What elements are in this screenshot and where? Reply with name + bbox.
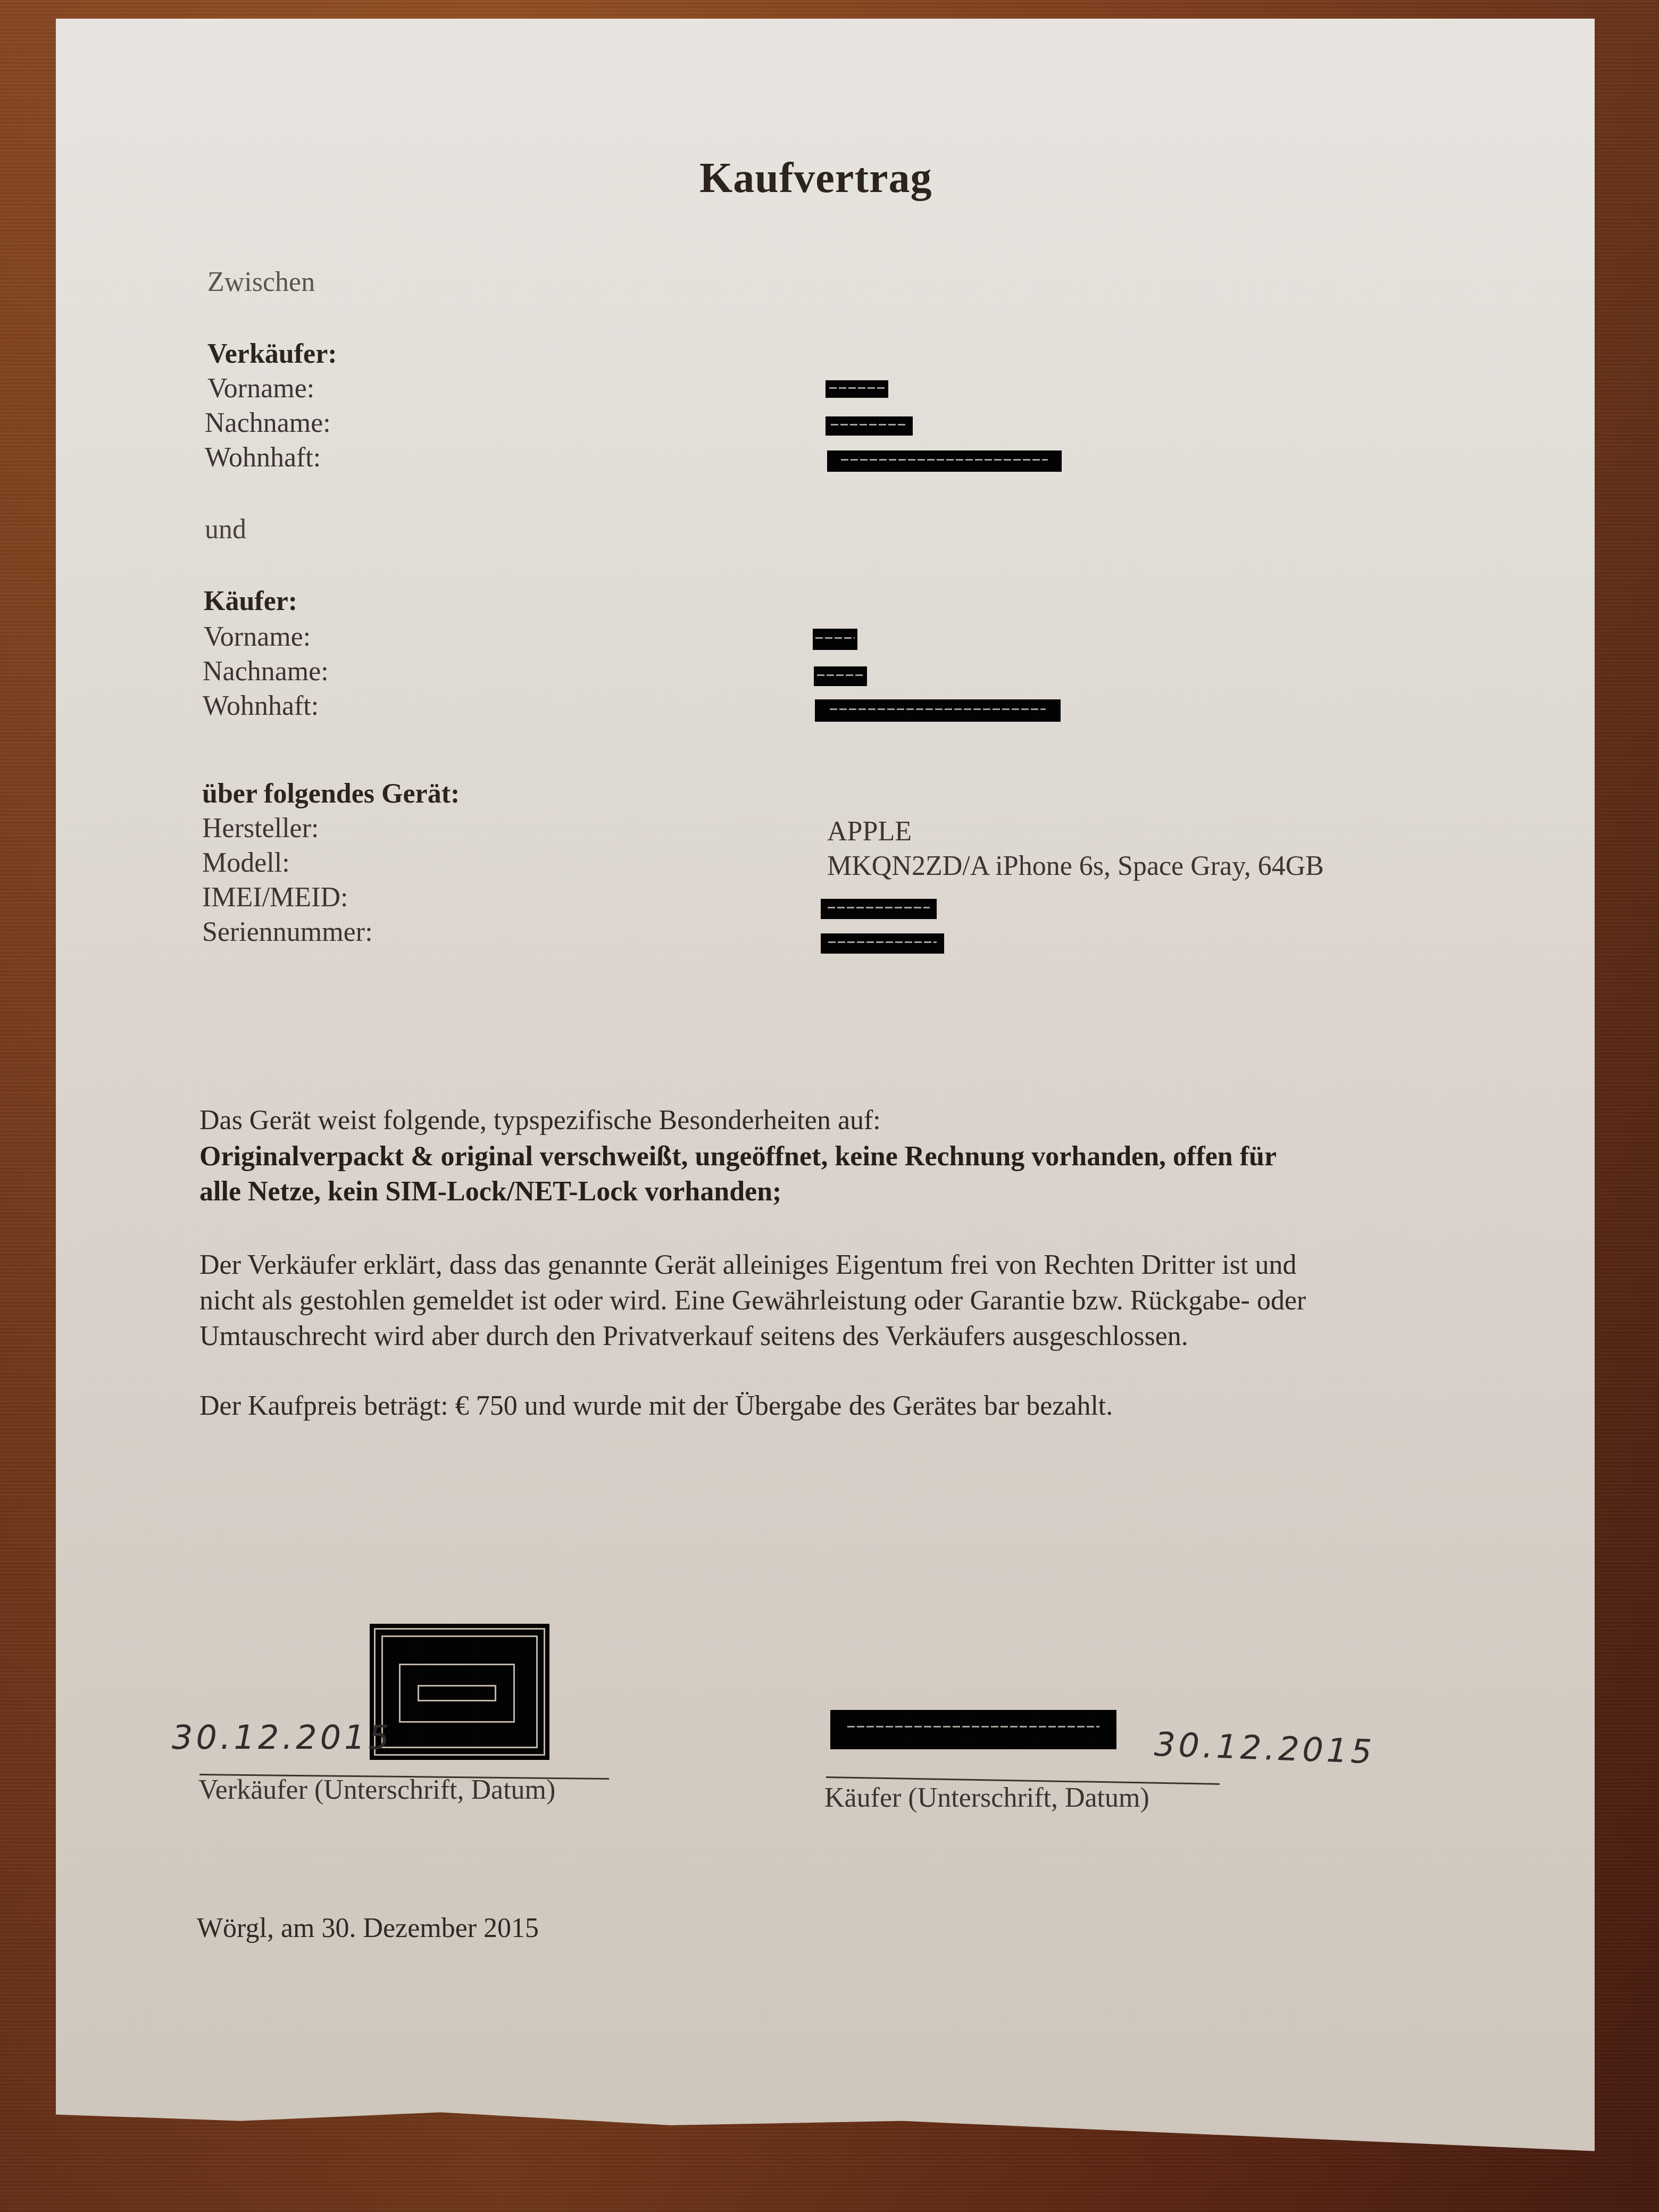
seller-lastname-redaction bbox=[826, 416, 913, 436]
serial-redaction bbox=[821, 933, 944, 954]
seller-lastname-label: Nachname: bbox=[205, 410, 331, 437]
seller-heading: Verkäufer: bbox=[207, 340, 337, 368]
imei-redaction bbox=[821, 899, 937, 919]
seller-firstname-label: Vorname: bbox=[207, 375, 314, 403]
buyer-handwritten-date: 30.12.2015 bbox=[1154, 1725, 1375, 1771]
conjunction-text: und bbox=[205, 516, 246, 544]
seller-firstname-redaction bbox=[826, 380, 888, 398]
features-intro: Das Gerät weist folgende, typspezifische… bbox=[199, 1103, 1476, 1139]
buyer-address-redaction bbox=[815, 699, 1061, 722]
buyer-signature-caption: Käufer (Unterschrift, Datum) bbox=[824, 1784, 1149, 1812]
buyer-heading: Käufer: bbox=[204, 588, 297, 615]
device-heading: über folgendes Gerät: bbox=[202, 780, 460, 808]
seller-handwritten-date: 30.12.2015 bbox=[172, 1718, 393, 1757]
buyer-firstname-label: Vorname: bbox=[204, 623, 311, 651]
seller-signature-redaction bbox=[370, 1624, 549, 1760]
intro-text: Zwischen bbox=[207, 269, 315, 296]
buyer-firstname-redaction bbox=[813, 629, 857, 650]
buyer-lastname-label: Nachname: bbox=[203, 658, 329, 686]
price-sentence: Der Kaufpreis beträgt: € 750 und wurde m… bbox=[199, 1388, 1476, 1424]
manufacturer-value: APPLE bbox=[827, 818, 912, 846]
declaration-line-3: Umtauschrecht wird aber durch den Privat… bbox=[199, 1318, 1476, 1355]
page-title: Kaufvertrag bbox=[699, 154, 932, 203]
serial-label: Seriennummer: bbox=[202, 919, 373, 946]
features-line-1: Originalverpackt & original verschweißt,… bbox=[199, 1139, 1529, 1175]
seller-signature-caption: Verkäufer (Unterschrift, Datum) bbox=[198, 1776, 555, 1804]
buyer-signature-redaction bbox=[830, 1710, 1116, 1749]
contract-paper: Kaufvertrag Zwischen Verkäufer: Vorname:… bbox=[56, 19, 1595, 2173]
place-and-date: Wörgl, am 30. Dezember 2015 bbox=[197, 1915, 539, 1942]
features-line-2: alle Netze, kein SIM-Lock/NET-Lock vorha… bbox=[199, 1174, 1476, 1210]
declaration-line-1: Der Verkäufer erklärt, dass das genannte… bbox=[199, 1247, 1529, 1283]
declaration-line-2: nicht als gestohlen gemeldet ist oder wi… bbox=[199, 1283, 1529, 1319]
model-value: MKQN2ZD/A iPhone 6s, Space Gray, 64GB bbox=[827, 853, 1324, 880]
buyer-lastname-redaction bbox=[814, 666, 867, 686]
seller-address-label: Wohnhaft: bbox=[205, 444, 321, 472]
buyer-address-label: Wohnhaft: bbox=[203, 692, 319, 720]
model-label: Modell: bbox=[202, 849, 290, 877]
manufacturer-label: Hersteller: bbox=[202, 815, 319, 842]
seller-address-redaction bbox=[827, 450, 1062, 472]
imei-label: IMEI/MEID: bbox=[202, 884, 348, 912]
